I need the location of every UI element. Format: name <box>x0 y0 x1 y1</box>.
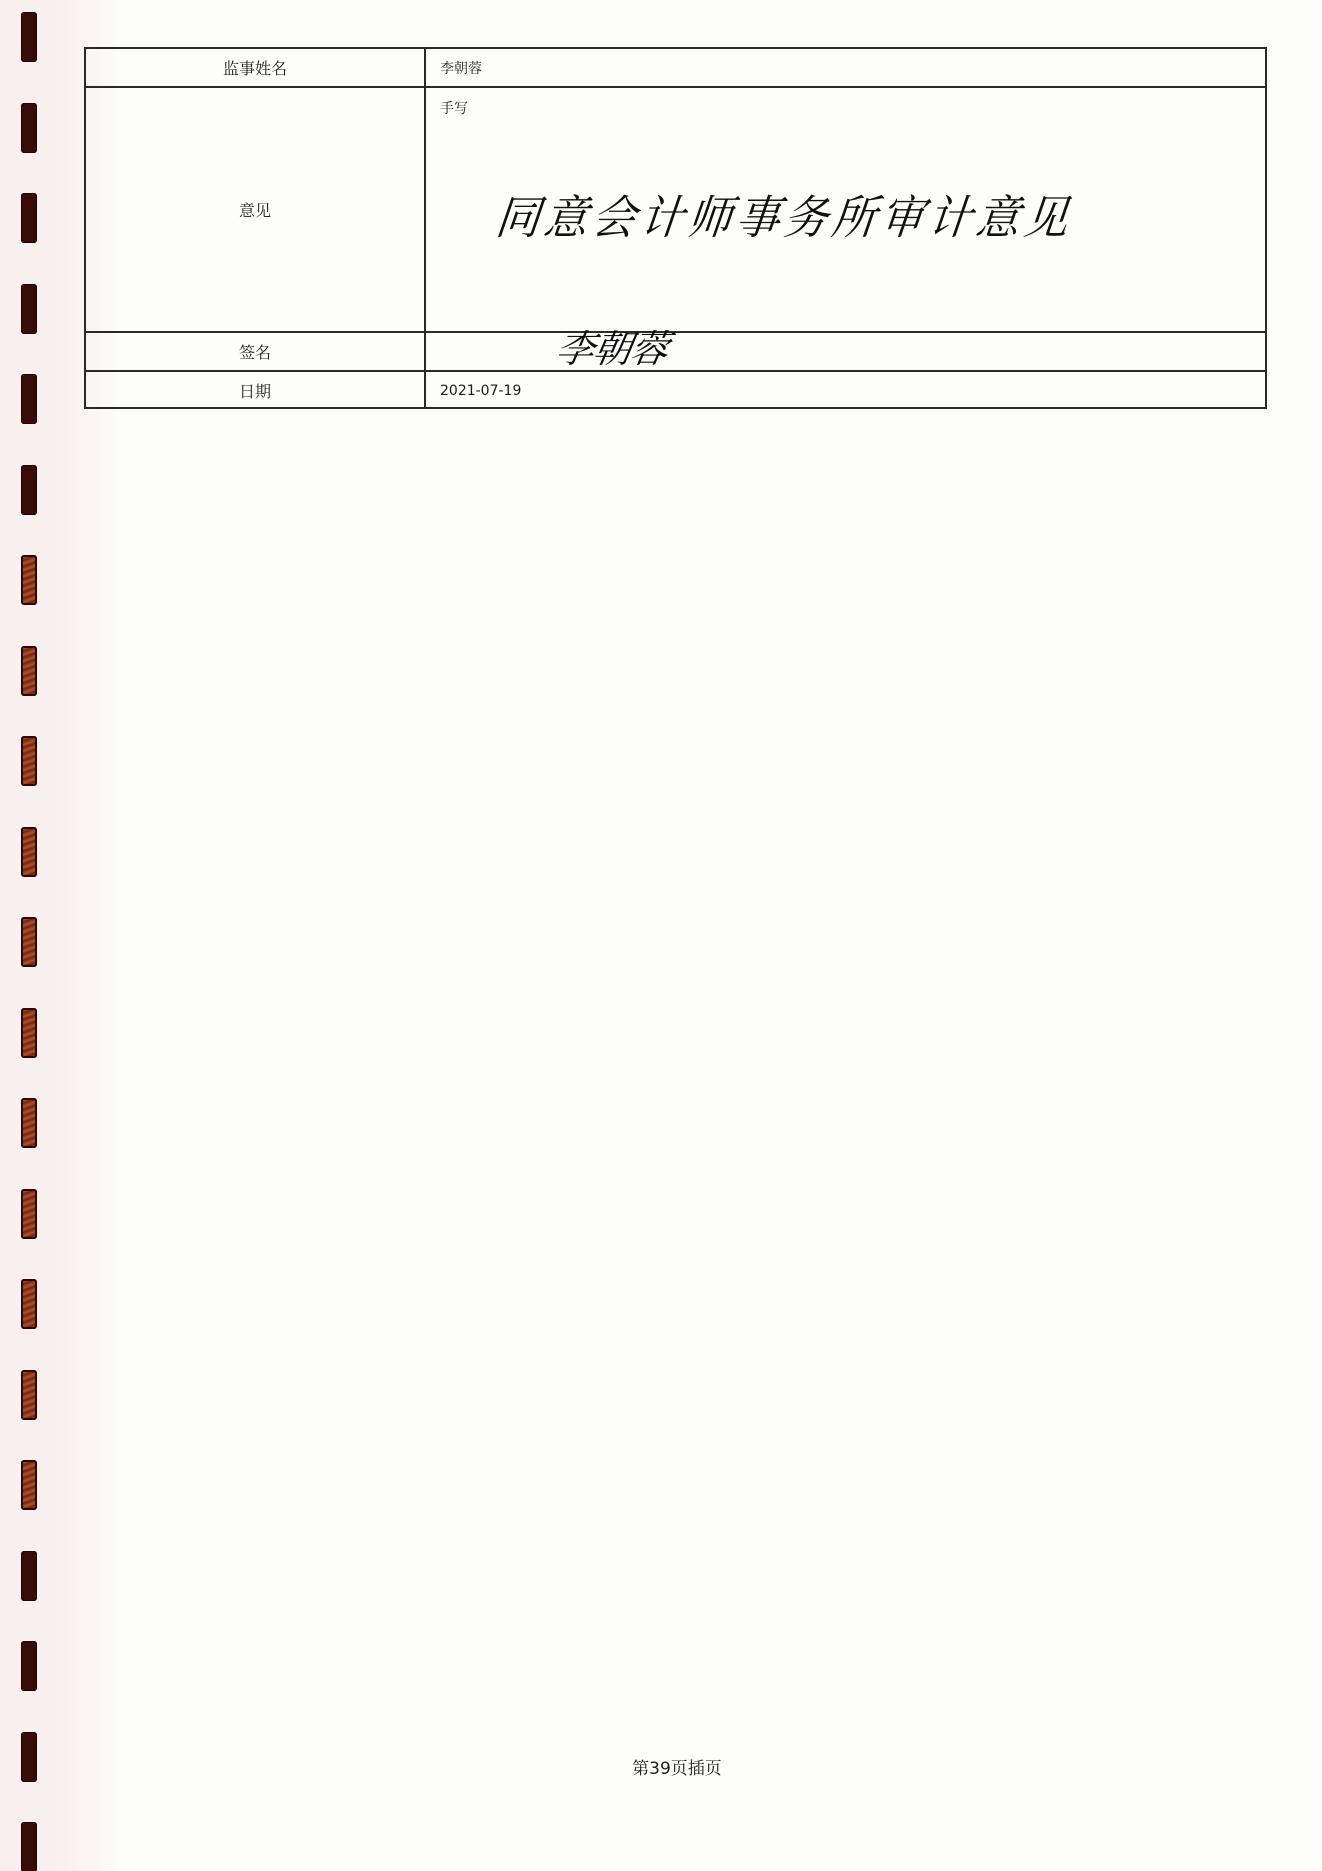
handwritten-signature: 李朝蓉 <box>552 318 673 373</box>
binding-hole <box>21 284 37 334</box>
value-signature <box>426 333 1265 370</box>
label-signature: 签名 <box>86 333 426 370</box>
binding-hole <box>21 1098 37 1148</box>
label-date: 日期 <box>86 372 426 409</box>
binding-holes <box>0 0 60 1871</box>
value-supervisor-name: 李朝蓉 <box>426 49 1265 86</box>
table-row-signature: 签名 <box>86 333 1265 372</box>
binding-hole <box>21 193 37 243</box>
binding-hole <box>21 917 37 967</box>
table-row-date: 日期 2021-07-19 <box>86 372 1265 409</box>
binding-hole <box>21 1641 37 1691</box>
binding-hole <box>21 103 37 153</box>
binding-hole <box>21 827 37 877</box>
label-supervisor-name: 监事姓名 <box>86 49 426 86</box>
binding-hole <box>21 1370 37 1420</box>
binding-hole <box>21 736 37 786</box>
binding-hole <box>21 1822 37 1871</box>
binding-hole <box>21 465 37 515</box>
binding-hole <box>21 1551 37 1601</box>
binding-hole <box>21 1460 37 1510</box>
binding-hole <box>21 646 37 696</box>
handwritten-opinion: 同意会计师事务所审计意见 <box>493 180 1076 247</box>
binding-hole <box>21 1189 37 1239</box>
table-row-supervisor-name: 监事姓名 李朝蓉 <box>86 49 1265 88</box>
value-date: 2021-07-19 <box>426 372 1265 409</box>
binding-hole <box>21 555 37 605</box>
binding-hole <box>21 1279 37 1329</box>
binding-hole <box>21 12 37 62</box>
binding-hole <box>21 374 37 424</box>
binding-hole <box>21 1008 37 1058</box>
label-opinion: 意见 <box>86 88 426 331</box>
page-footer: 第39页插页 <box>0 1754 1322 1779</box>
